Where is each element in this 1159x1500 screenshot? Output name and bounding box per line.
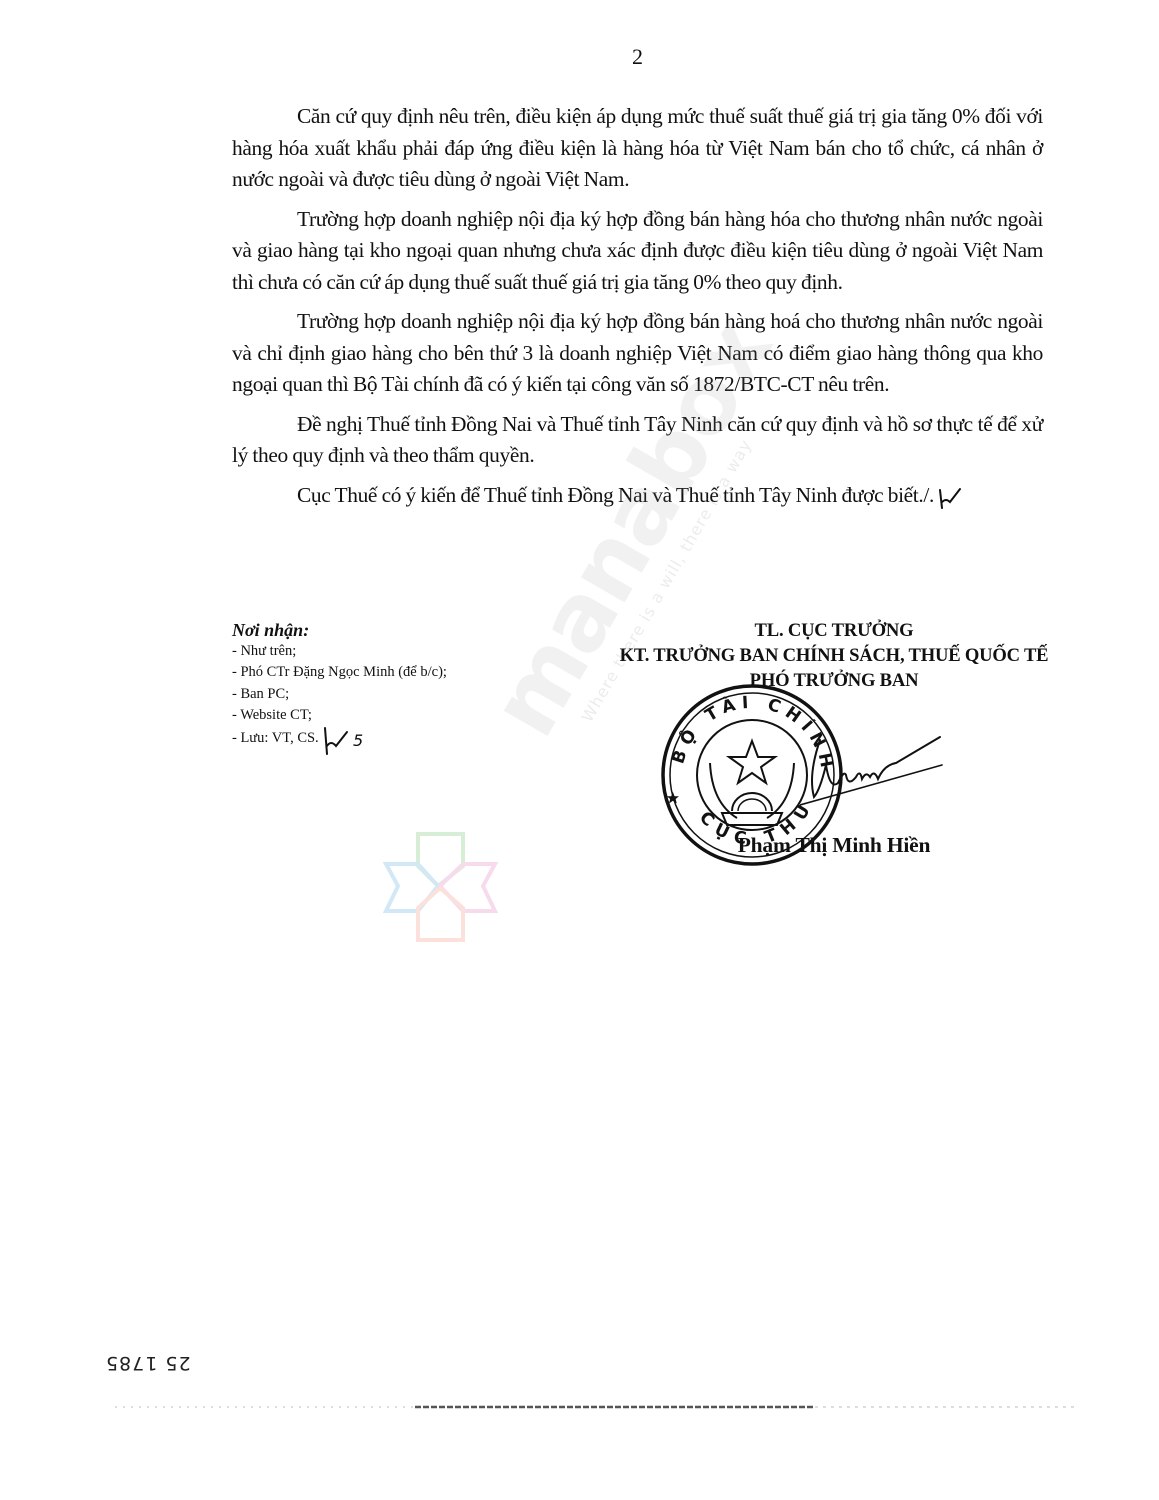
- recipient-item: - Ban PC;: [232, 684, 447, 705]
- handwritten-margin-note: 25 1785: [105, 1352, 191, 1374]
- initial-tick-icon: [936, 486, 962, 510]
- handwritten-signature-icon: [800, 735, 945, 810]
- page-number: 2: [0, 44, 1159, 70]
- signature-line-1: TL. CỤC TRƯỞNG: [556, 618, 1112, 643]
- recipients-block: Nơi nhận: - Như trên; - Phó CTr Đặng Ngọ…: [232, 619, 447, 756]
- paragraph-3: Trường hợp doanh nghiệp nội địa ký hợp đ…: [232, 306, 1043, 401]
- initial-mark-icon: 5: [321, 726, 371, 756]
- watermark-logo-icon: [378, 826, 503, 948]
- recipient-item: - Phó CTr Đặng Ngọc Minh (để b/c);: [232, 662, 447, 683]
- recipient-item: - Website CT;: [232, 705, 447, 726]
- paragraph-2: Trường hợp doanh nghiệp nội địa ký hợp đ…: [232, 204, 1043, 299]
- recipient-item: - Như trên;: [232, 641, 447, 662]
- recipient-item-text: - Lưu: VT, CS.: [232, 730, 319, 746]
- signature-line-2: KT. TRƯỞNG BAN CHÍNH SÁCH, THUẾ QUỐC TẾ: [556, 643, 1112, 668]
- scan-artifact-divider: [115, 1402, 1075, 1412]
- paragraph-1: Căn cứ quy định nêu trên, điều kiện áp d…: [232, 101, 1043, 196]
- recipients-title: Nơi nhận:: [232, 619, 447, 641]
- signature-block: TL. CỤC TRƯỞNG KT. TRƯỞNG BAN CHÍNH SÁCH…: [556, 618, 1112, 693]
- recipient-item: - Lưu: VT, CS.5: [232, 726, 447, 756]
- svg-text:5: 5: [353, 731, 363, 750]
